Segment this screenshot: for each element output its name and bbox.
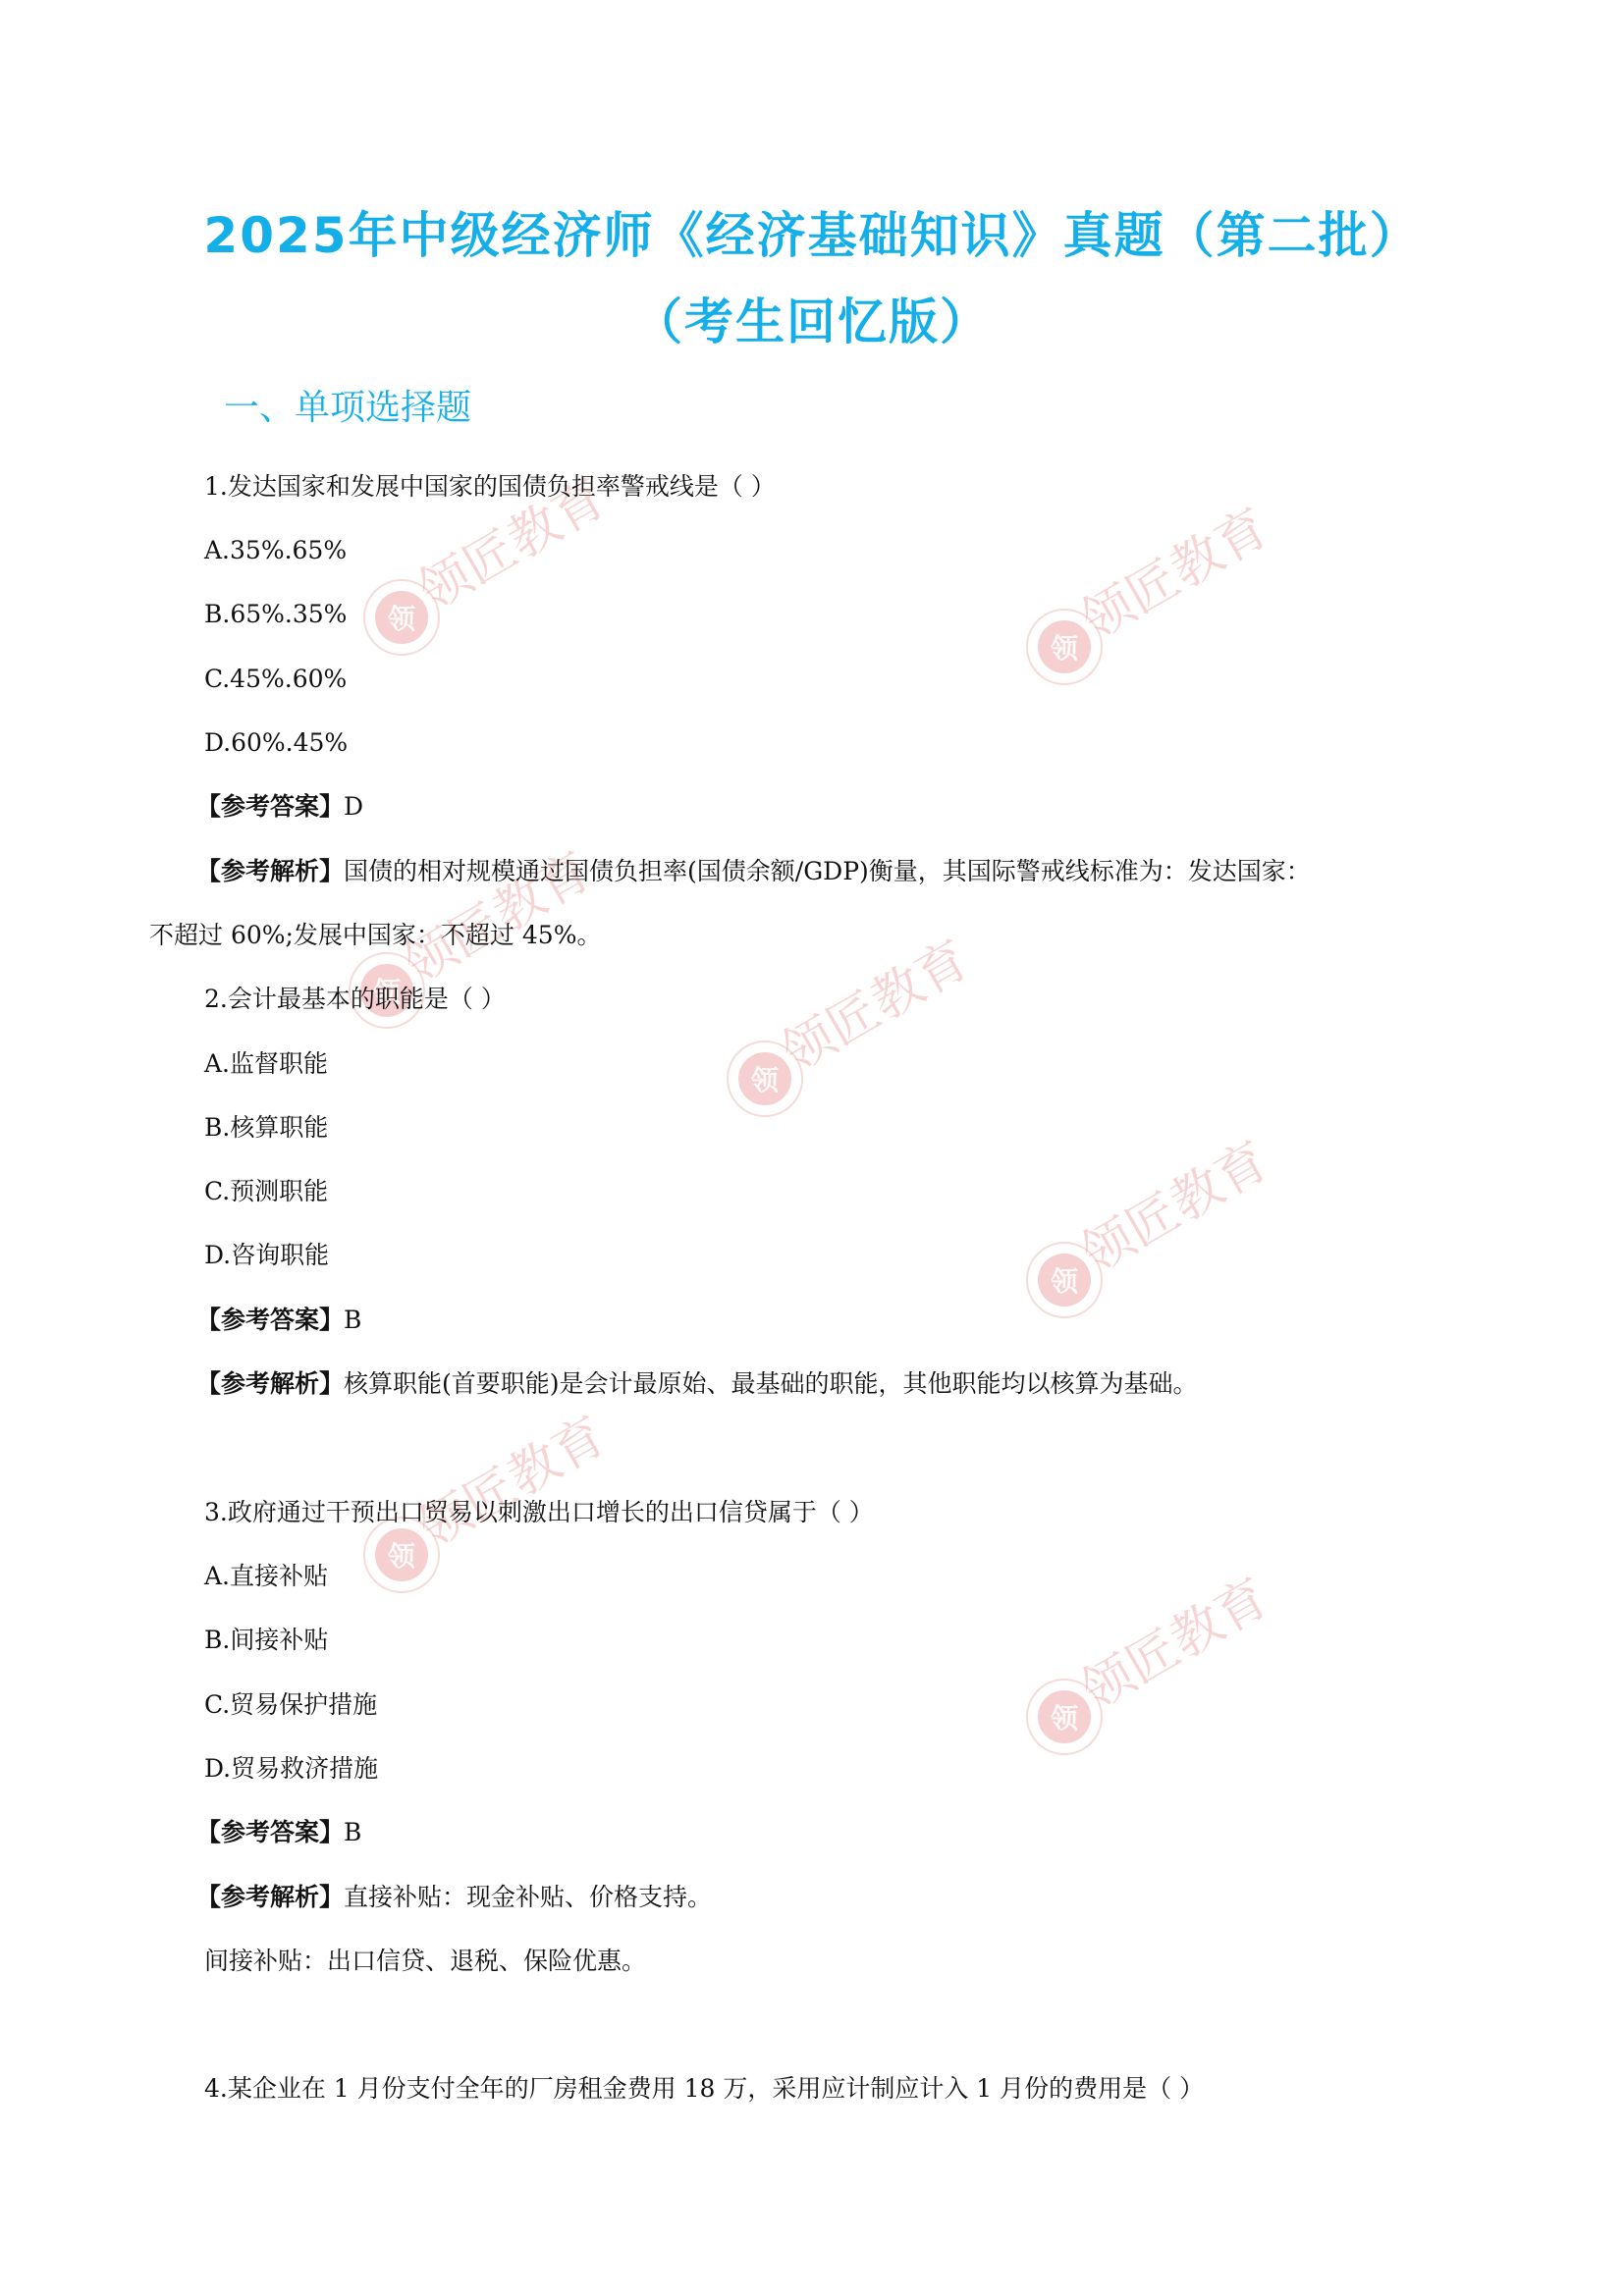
watermark-text: 领匠教育 [1066, 1557, 1280, 1723]
watermark: 领 领匠教育 [727, 972, 1041, 1129]
option-a: A.直接补贴 [204, 1561, 328, 1592]
page-subtitle: （考生回忆版） [0, 293, 1624, 351]
seal-icon: 领 [1026, 1242, 1103, 1318]
watermark: 领 领匠教育 [1026, 1173, 1340, 1330]
watermark: 领 领匠教育 [1026, 1610, 1340, 1767]
question-stem: 4.某企业在 1 月份支付全年的厂房租金费用 18 万，采用应计制应计入 1 月… [204, 2073, 1204, 2105]
option-d: D.60%.45% [204, 727, 348, 759]
option-a: A.35%.65% [204, 535, 347, 566]
option-a: A.监督职能 [204, 1048, 328, 1080]
seal-icon: 领 [727, 1041, 803, 1117]
answer-label: 【参考答案】 [196, 1306, 344, 1334]
seal-icon: 领 [363, 579, 440, 656]
option-b: B.65%.35% [204, 599, 347, 630]
watermark-text: 领匠教育 [404, 1395, 618, 1561]
answer-row: 【参考答案】B [196, 1305, 361, 1336]
watermark-text: 领匠教育 [767, 919, 981, 1085]
analysis-text: 核算职能(首要职能)是会计最原始、最基础的职能，其他职能均以核算为基础。 [344, 1369, 1198, 1398]
watermark-text: 领匠教育 [1066, 1120, 1280, 1286]
seal-icon: 领 [1026, 1679, 1103, 1755]
answer-row: 【参考答案】B [196, 1817, 361, 1848]
watermark: 领 领匠教育 [363, 510, 677, 667]
question-stem: 3.政府通过干预出口贸易以刺激出口增长的出口信贷属于（ ） [204, 1497, 874, 1528]
answer-value: D [344, 792, 363, 821]
analysis-label: 【参考解析】 [196, 1369, 344, 1398]
option-c: C.预测职能 [204, 1176, 328, 1207]
option-b: B.间接补贴 [204, 1625, 328, 1656]
answer-label: 【参考答案】 [196, 792, 344, 821]
watermark: 领 领匠教育 [349, 883, 663, 1041]
analysis-label: 【参考解析】 [196, 857, 344, 885]
page-title: 2025年中级经济师《经济基础知识》真题（第二批） [0, 206, 1624, 265]
analysis-text-continued: 间接补贴：出口信贷、退税、保险优惠。 [204, 1946, 646, 1977]
watermark-text: 领匠教育 [1066, 487, 1280, 653]
option-b: B.核算职能 [204, 1112, 328, 1144]
analysis-row: 【参考解析】核算职能(首要职能)是会计最原始、最基础的职能，其他职能均以核算为基… [196, 1368, 1198, 1400]
section-heading: 一、单项选择题 [224, 387, 471, 430]
analysis-row: 【参考解析】国债的相对规模通过国债负担率(国债余额/GDP)衡量，其国际警戒线标… [196, 856, 1311, 887]
question-stem: 2.会计最基本的职能是（ ） [204, 984, 506, 1015]
answer-label: 【参考答案】 [196, 1818, 344, 1846]
document-page: 领 领匠教育 领 领匠教育 领 领匠教育 领 领匠教育 领 领匠教育 领 领匠教… [0, 0, 1624, 2296]
question-stem: 1.发达国家和发展中国家的国债负担率警戒线是（ ） [204, 471, 776, 503]
answer-value: B [344, 1306, 361, 1334]
watermark: 领 领匠教育 [1026, 540, 1340, 697]
answer-value: B [344, 1818, 361, 1846]
option-d: D.咨询职能 [204, 1240, 329, 1271]
analysis-label: 【参考解析】 [196, 1883, 344, 1911]
answer-row: 【参考答案】D [196, 791, 363, 823]
seal-icon: 领 [1026, 609, 1103, 685]
option-d: D.贸易救济措施 [204, 1753, 378, 1785]
analysis-text-continued: 不超过 60%;发展中国家：不超过 45%。 [149, 920, 601, 951]
analysis-row: 【参考解析】直接补贴：现金补贴、价格支持。 [196, 1882, 712, 1913]
option-c: C.45%.60% [204, 664, 347, 695]
analysis-text: 直接补贴：现金补贴、价格支持。 [344, 1883, 712, 1911]
analysis-text: 国债的相对规模通过国债负担率(国债余额/GDP)衡量，其国际警戒线标准为：发达国… [344, 857, 1311, 885]
option-c: C.贸易保护措施 [204, 1689, 377, 1721]
